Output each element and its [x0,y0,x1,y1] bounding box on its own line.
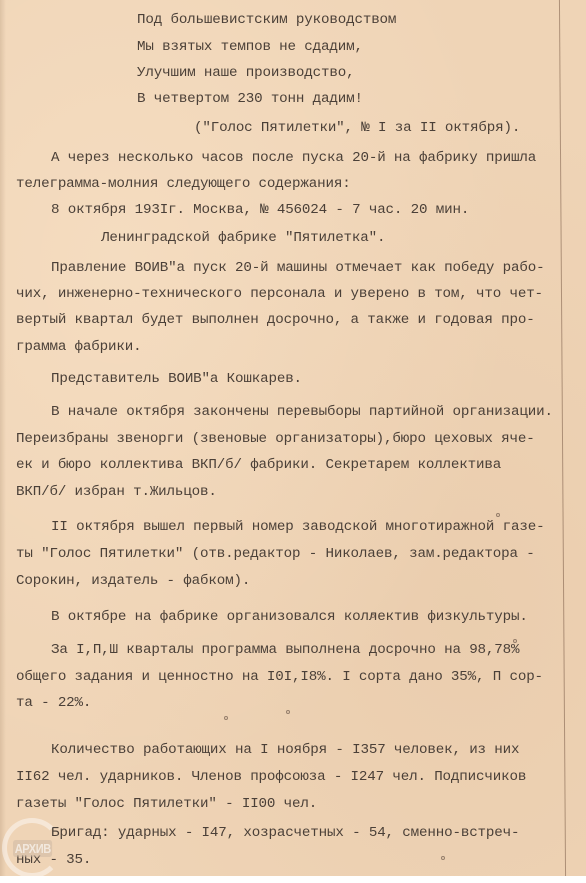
telegram-addressee: Ленинградской фабрике "Пятилетка". [101,231,385,245]
paragraph-line: чих, инженерно-технического персонала и … [16,287,543,301]
poem-line: В четвертом 230 тонн дадим! [137,92,363,106]
paper-speck [286,710,290,714]
paper-speck [371,614,375,618]
paragraph-line: А через несколько часов после пуска 20-й… [51,151,536,165]
paragraph-line: Бригад: ударных - I47, хозрасчетных - 54… [51,826,519,840]
document-page: Под большевистским руководством Мы взяты… [0,0,586,876]
signature-line: Представитель ВОИВ"а Кошкарев. [51,372,302,386]
paragraph-line: II октября вышел первый номер заводской … [51,520,544,534]
paper-speck [224,716,228,720]
paragraph-line: ты "Голос Пятилетки" (отв.редактор - Ник… [16,547,535,561]
paragraph-line: Количество работающих на I ноября - I357… [51,743,519,757]
paragraph-line: ек и бюро коллектива ВКП/б/ фабрики. Сек… [16,458,501,472]
paragraph-line: Переизбраны звенорги (звеновые организат… [16,432,535,446]
poem-source: ("Голос Пятилетки", № I за II октября). [194,121,520,135]
paper-speck [513,639,517,643]
paragraph-line: общего задания и ценностно на I0I,I8%. I… [16,670,543,684]
paragraph-line: В начале октября закончены перевыборы па… [51,405,553,419]
poem-line: Под большевистским руководством [137,13,396,27]
page-edge-shadow [0,0,6,876]
poem-line: Улучшим наше производство, [137,66,354,80]
paragraph-line: вертый квартал будет выполнен досрочно, … [16,313,535,327]
paragraph-line: газеты "Голос Пятилетки" - II00 чел. [16,797,317,811]
paragraph-line: II62 чел. ударников. Членов профсоюза - … [16,770,526,784]
paragraph-line: ВКП/б/ избран т.Жильцов. [16,485,217,499]
paragraph-line: та - 22%. [16,696,91,710]
archive-watermark-label: АРХИВ [13,840,52,857]
paragraph-line: Правление ВОИВ"а пуск 20-й машины отмеча… [51,261,544,275]
paragraph-line: Сорокин, издатель - фабком). [16,574,250,588]
paragraph-line: телеграмма-молния следующего содержания: [16,177,351,191]
poem-line: Мы взятых темпов не сдадим, [137,40,363,54]
telegram-header: 8 октября 193Iг. Москва, № 456024 - 7 ча… [51,203,469,217]
paper-speck [441,856,445,860]
paper-speck [496,513,500,517]
paragraph-line: За I,П,Ш кварталы программа выполнена до… [51,643,519,657]
paragraph-line: В октябре на фабрике организовался колле… [51,610,528,624]
paragraph-line: грамма фабрики. [16,340,141,354]
page-fold-line [559,0,566,876]
